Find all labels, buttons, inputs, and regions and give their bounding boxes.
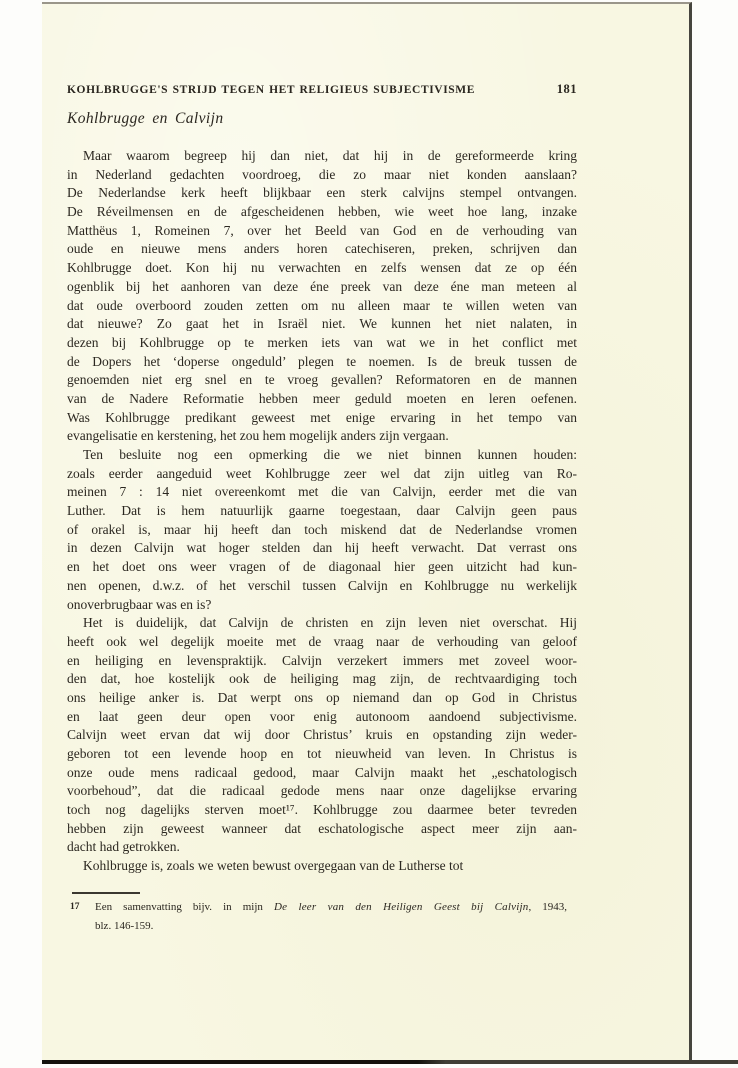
text-line: dat nieuwe? Zo gaat het in Israël niet. … [67, 315, 577, 334]
footnote-text-after: , 1943, [528, 901, 567, 913]
text-line: of orakel is, maar hij heeft dan toch mi… [67, 521, 577, 540]
text-line: De Nederlandse kerk heeft blijkbaar een … [67, 184, 577, 203]
footnote-text-before: Een samenvatting bijv. in mijn [95, 901, 274, 913]
text-line: van de Nadere Reformatie hebben meer ged… [67, 390, 577, 409]
text-line: nen openen, d.w.z. of het verschil tusse… [67, 577, 577, 596]
text-line: evangelisatie en kerstening, het zou hem… [67, 427, 577, 446]
text-line: Matthëus 1, Romeinen 7, over het Beeld v… [67, 222, 577, 241]
page-number: 181 [557, 82, 577, 97]
footnote-book-title: De leer van den Heiligen Geest bij Calvi… [274, 901, 528, 913]
body-text: Maar waarom begreep hij dan niet, dat hi… [67, 147, 577, 876]
scan-bottom-edge [42, 1060, 738, 1064]
footnote-marker: 17 [70, 898, 80, 917]
text-line: De Réveilmensen en de afgescheidenen heb… [67, 203, 577, 222]
text-line: hebben zijn geweest wanneer dat eschatol… [67, 820, 577, 839]
footnote-line-2: blz. 146-159. [95, 917, 577, 936]
text-line: den dat, hoe kostelijk ook de heiliging … [67, 670, 577, 689]
text-line: genoemden niet erg snel en te vroeg geva… [67, 371, 577, 390]
scanned-book-page: KOHLBRUGGE'S STRIJD TEGEN HET RELIGIEUS … [0, 0, 738, 1068]
footnote: 17 Een samenvatting bijv. in mijn De lee… [67, 892, 577, 935]
text-line: en heiliging en levenspraktijk. Calvijn … [67, 652, 577, 671]
text-line: ons heilige anker is. Dat werpt ons op n… [67, 689, 577, 708]
text-line: toch nog dagelijks sterven moet¹⁷. Kohlb… [67, 801, 577, 820]
text-line: en het doet ons weer vragen of de diagon… [67, 558, 577, 577]
page-header: KOHLBRUGGE'S STRIJD TEGEN HET RELIGIEUS … [67, 82, 577, 97]
text-line: voorbehoud”, dat die radicaal gedode men… [67, 782, 577, 801]
text-line: meinen 7 : 14 niet overeenkomt met die v… [67, 483, 577, 502]
section-title: Kohlbrugge en Calvijn [67, 110, 223, 128]
text-line: onze oude mens radicaal gedood, maar Cal… [67, 764, 577, 783]
text-line: dezen bij Kohlbrugge op te merken iets v… [67, 334, 577, 353]
text-line: Was Kohlbrugge predikant geweest met eni… [67, 409, 577, 428]
text-line: de Dopers het ‘doperse ongeduld’ plegen … [67, 353, 577, 372]
running-head: KOHLBRUGGE'S STRIJD TEGEN HET RELIGIEUS … [67, 84, 475, 96]
text-line: dat oude overboord zouden zetten om nu a… [67, 297, 577, 316]
text-line: Kohlbrugge is, zoals we weten bewust ove… [67, 857, 577, 876]
text-line: dacht had getrokken. [67, 838, 577, 857]
text-line: Calvijn weet ervan dat wij door Christus… [67, 726, 577, 745]
book-page: KOHLBRUGGE'S STRIJD TEGEN HET RELIGIEUS … [42, 2, 692, 1060]
text-line: zoals eerder aangeduid weet Kohlbrugge z… [67, 465, 577, 484]
text-line: onoverbrugbaar was en is? [67, 596, 577, 615]
text-line: heeft ook wel degelijk moeite met de vra… [67, 633, 577, 652]
footnote-body: 17 Een samenvatting bijv. in mijn De lee… [67, 898, 577, 935]
footnote-rule [72, 892, 140, 894]
text-line: oude en nieuwe mens anders horen catechi… [67, 240, 577, 259]
text-line: ogenblik bij het aanhoren van deze éne p… [67, 278, 577, 297]
text-line: Maar waarom begreep hij dan niet, dat hi… [67, 147, 577, 166]
text-line: in dezen Calvijn wat hoger stelden dan h… [67, 539, 577, 558]
text-line: geboren tot een levende hoop en tot nieu… [67, 745, 577, 764]
text-line: Luther. Dat is hem natuurlijk gaarne toe… [67, 502, 577, 521]
footnote-line-1: Een samenvatting bijv. in mijn De leer v… [95, 898, 567, 917]
text-line: en laat geen deur open voor enig autonoo… [67, 708, 577, 727]
text-line: in Nederland gedachten voordroeg, die zo… [67, 166, 577, 185]
text-line: Ten besluite nog een opmerking die we ni… [67, 446, 577, 465]
text-line: Het is duidelijk, dat Calvijn de christe… [67, 614, 577, 633]
text-line: Kohlbrugge doet. Kon hij nu verwachten e… [67, 259, 577, 278]
